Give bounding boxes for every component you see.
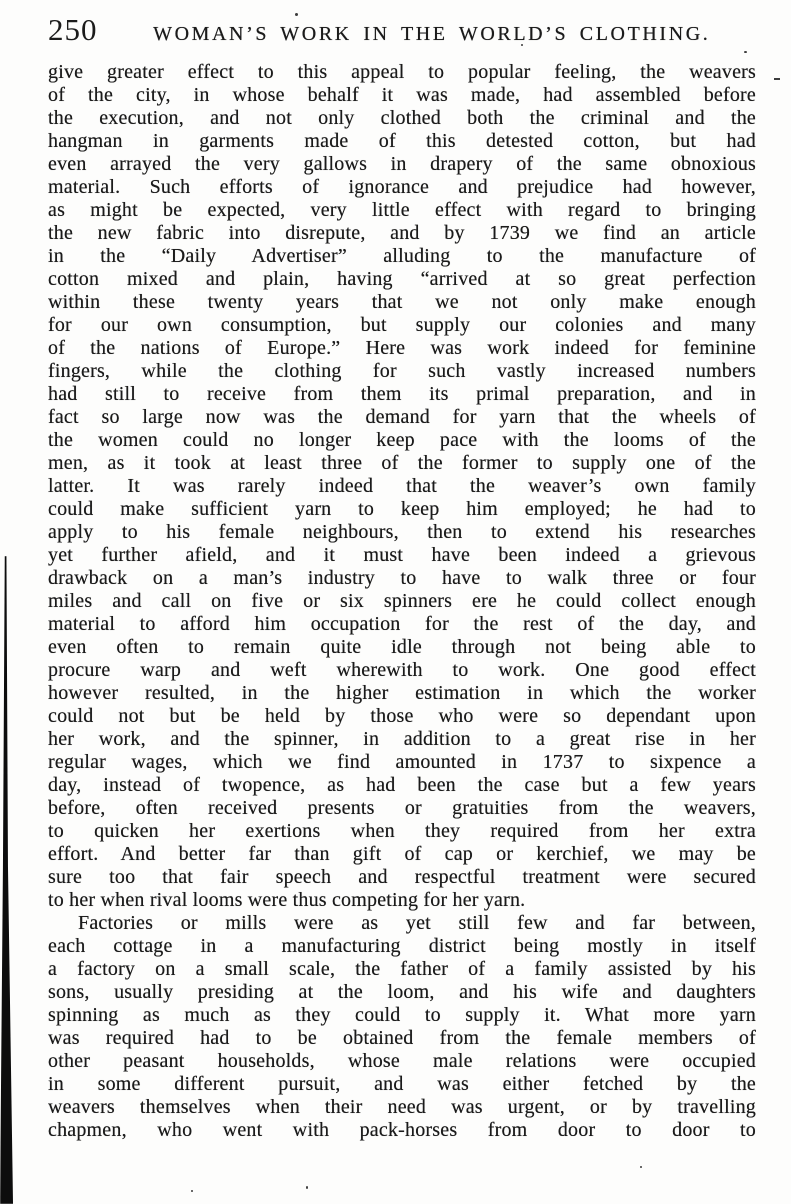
text-line: a factory on a small scale, the father o…	[48, 958, 756, 981]
text-line: even arrayed the very gallows in drapery…	[48, 153, 756, 176]
scan-speck	[774, 78, 780, 80]
text-line: to quicken her exertions when they requi…	[48, 820, 756, 843]
text-line: the women could no longer keep pace with…	[48, 429, 756, 452]
text-line: spinning as much as they could to supply…	[48, 1004, 756, 1027]
text-line: her work, and the spinner, in addition t…	[48, 728, 756, 751]
text-line: give greater effect to this appeal to po…	[48, 61, 756, 84]
text-line: weavers themselves when their need was u…	[48, 1096, 756, 1119]
text-line: in the “Daily Advertiser” alluding to th…	[48, 245, 756, 268]
text-line: within these twenty years that we not on…	[48, 291, 756, 314]
text-line: of the nations of Europe.” Here was work…	[48, 337, 756, 360]
text-line: even often to remain quite idle through …	[48, 636, 756, 659]
text-line: hangman in garments made of this deteste…	[48, 130, 756, 153]
body-text: give greater effect to this appeal to po…	[48, 61, 756, 1142]
text-line: cotton mixed and plain, having “arrived …	[48, 268, 756, 291]
text-line: men, as it took at least three of the fo…	[48, 452, 756, 475]
scan-speck	[191, 1190, 193, 1192]
text-line: drawback on a man’s industry to have to …	[48, 567, 756, 590]
text-line: day, instead of twopence, as had been th…	[48, 774, 756, 797]
text-line: was required had to be obtained from the…	[48, 1027, 756, 1050]
text-line: sure too that fair speech and respectful…	[48, 866, 756, 889]
text-line: the execution, and not only clothed both…	[48, 107, 756, 130]
text-line: apply to his female neighbours, then to …	[48, 521, 756, 544]
scan-speck	[744, 51, 747, 53]
scan-speck	[640, 1166, 642, 1168]
text-line: as might be expected, very little effect…	[48, 199, 756, 222]
text-line: to her when rival looms were thus compet…	[48, 889, 756, 912]
text-line: procure warp and weft wherewith to work.…	[48, 659, 756, 682]
text-line: could not but be held by those who were …	[48, 705, 756, 728]
text-line: latter. It was rarely indeed that the we…	[48, 475, 756, 498]
text-line: material. Such efforts of ignorance and …	[48, 176, 756, 199]
scan-speck	[306, 1186, 308, 1189]
text-line: however resulted, in the higher estimati…	[48, 682, 756, 705]
scan-speck	[295, 13, 298, 16]
text-line: yet further afield, and it must have bee…	[48, 544, 756, 567]
text-line: for our own consumption, but supply our …	[48, 314, 756, 337]
text-line: before, often received presents or gratu…	[48, 797, 756, 820]
text-line: the new fabric into disrepute, and by 17…	[48, 222, 756, 245]
scan-gutter-shadow	[0, 556, 14, 1204]
text-line: miles and call on five or six spinners e…	[48, 590, 756, 613]
page-header: 250 WOMAN’S WORK IN THE WORLD’S CLOTHING…	[48, 12, 756, 48]
scan-speck	[521, 44, 523, 46]
text-line: each cottage in a manufacturing district…	[48, 935, 756, 958]
text-line: Factories or mills were as yet still few…	[48, 912, 756, 935]
running-title: WOMAN’S WORK IN THE WORLD’S CLOTHING.	[98, 23, 757, 46]
text-line: of the city, in whose behalf it was made…	[48, 84, 756, 107]
text-line: could make sufficient yarn to keep him e…	[48, 498, 756, 521]
text-line: had still to receive from them its prima…	[48, 383, 756, 406]
text-line: effort. And better far than gift of cap …	[48, 843, 756, 866]
text-line: other peasant households, whose male rel…	[48, 1050, 756, 1073]
text-line: chapmen, who went with pack-horses from …	[48, 1119, 756, 1142]
text-line: regular wages, which we find amounted in…	[48, 751, 756, 774]
text-line: material to afford him occupation for th…	[48, 613, 756, 636]
page-number: 250	[48, 12, 98, 48]
text-line: sons, usually presiding at the loom, and…	[48, 981, 756, 1004]
text-line: in some different pursuit, and was eithe…	[48, 1073, 756, 1096]
text-line: fact so large now was the demand for yar…	[48, 406, 756, 429]
text-line: fingers, while the clothing for such vas…	[48, 360, 756, 383]
